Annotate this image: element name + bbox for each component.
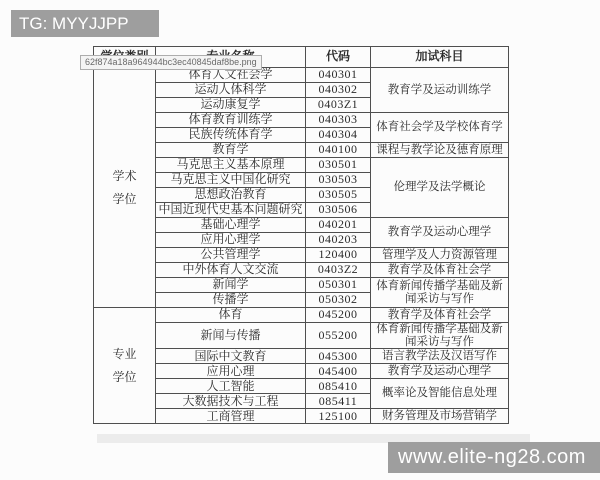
table-row: 人工智能 085410 概率论及智能信息处理 bbox=[94, 379, 509, 394]
subject-cell: 课程与教学论及德育原理 bbox=[371, 143, 509, 158]
subject-cell: 教育学及运动心理学 bbox=[371, 364, 509, 379]
code-cell: 045200 bbox=[306, 308, 371, 323]
major-cell: 运动康复学 bbox=[156, 98, 306, 113]
major-cell: 工商管理 bbox=[156, 409, 306, 424]
subject-cell: 教育学及运动心理学 bbox=[371, 218, 509, 248]
code-cell: 040203 bbox=[306, 233, 371, 248]
table-row: 马克思主义基本原理 030501 伦理学及法学概论 bbox=[94, 158, 509, 173]
table-row: 工商管理 125100 财务管理及市场营销学 bbox=[94, 409, 509, 424]
major-cell: 人工智能 bbox=[156, 379, 306, 394]
major-cell: 运动人体科学 bbox=[156, 83, 306, 98]
major-cell: 思想政治教育 bbox=[156, 188, 306, 203]
table-row: 体育教育训练学 040303 体育社会学及学校体育学 bbox=[94, 113, 509, 128]
major-cell: 民族传统体育学 bbox=[156, 128, 306, 143]
code-cell: 125100 bbox=[306, 409, 371, 424]
category-cell-academic: 学术学位 bbox=[94, 68, 156, 308]
major-cell: 马克思主义基本原理 bbox=[156, 158, 306, 173]
code-cell: 050302 bbox=[306, 293, 371, 308]
table-row: 新闻与传播 055200 体育新闻传播学基础及新闻采访与写作 bbox=[94, 323, 509, 349]
code-cell: 050301 bbox=[306, 278, 371, 293]
code-cell: 040301 bbox=[306, 68, 371, 83]
code-cell: 030503 bbox=[306, 173, 371, 188]
major-cell: 马克思主义中国化研究 bbox=[156, 173, 306, 188]
table-row: 公共管理学 120400 管理学及人力资源管理 bbox=[94, 248, 509, 263]
code-cell: 085411 bbox=[306, 394, 371, 409]
major-cell: 公共管理学 bbox=[156, 248, 306, 263]
table-row: 国际中文教育 045300 语言教学法及汉语写作 bbox=[94, 349, 509, 364]
major-cell: 中外体育人文交流 bbox=[156, 263, 306, 278]
subject-cell: 语言教学法及汉语写作 bbox=[371, 349, 509, 364]
code-cell: 045300 bbox=[306, 349, 371, 364]
major-cell: 大数据技术与工程 bbox=[156, 394, 306, 409]
table-row: 基础心理学 040201 教育学及运动心理学 bbox=[94, 218, 509, 233]
code-cell: 040303 bbox=[306, 113, 371, 128]
code-cell: 030505 bbox=[306, 188, 371, 203]
subject-cell: 教育学及体育社会学 bbox=[371, 263, 509, 278]
major-cell: 应用心理 bbox=[156, 364, 306, 379]
code-cell: 085410 bbox=[306, 379, 371, 394]
code-cell: 040302 bbox=[306, 83, 371, 98]
major-cell: 新闻学 bbox=[156, 278, 306, 293]
website-watermark: www.elite-ng28.com bbox=[388, 442, 600, 473]
table-row: 专业学位 体育 045200 教育学及体育社会学 bbox=[94, 308, 509, 323]
image-filename-text: 62f874a18a964944bc3ec40845daf8be.png bbox=[85, 57, 257, 67]
subject-cell: 体育新闻传播学基础及新闻采访与写作 bbox=[371, 278, 509, 308]
telegram-watermark-label: TG: MYYJJPP bbox=[19, 14, 129, 34]
table-row: 新闻学 050301 体育新闻传播学基础及新闻采访与写作 bbox=[94, 278, 509, 293]
image-filename-tooltip: 62f874a18a964944bc3ec40845daf8be.png bbox=[80, 55, 262, 70]
major-cell: 中国近现代史基本问题研究 bbox=[156, 203, 306, 218]
major-cell: 基础心理学 bbox=[156, 218, 306, 233]
code-cell: 045400 bbox=[306, 364, 371, 379]
website-watermark-label: www.elite-ng28.com bbox=[398, 446, 586, 469]
code-cell: 0403Z2 bbox=[306, 263, 371, 278]
major-cell: 新闻与传播 bbox=[156, 323, 306, 349]
subject-cell: 体育社会学及学校体育学 bbox=[371, 113, 509, 143]
code-cell: 030506 bbox=[306, 203, 371, 218]
subject-cell: 教育学及运动训练学 bbox=[371, 68, 509, 113]
subject-cell: 概率论及智能信息处理 bbox=[371, 379, 509, 409]
code-cell: 0403Z1 bbox=[306, 98, 371, 113]
code-cell: 030501 bbox=[306, 158, 371, 173]
header-code: 代码 bbox=[306, 47, 371, 68]
major-cell: 传播学 bbox=[156, 293, 306, 308]
subject-cell: 伦理学及法学概论 bbox=[371, 158, 509, 218]
subject-cell: 财务管理及市场营销学 bbox=[371, 409, 509, 424]
subject-cell: 管理学及人力资源管理 bbox=[371, 248, 509, 263]
code-cell: 040100 bbox=[306, 143, 371, 158]
major-cell: 国际中文教育 bbox=[156, 349, 306, 364]
code-cell: 040201 bbox=[306, 218, 371, 233]
table-row: 中外体育人文交流 0403Z2 教育学及体育社会学 bbox=[94, 263, 509, 278]
subject-cell: 体育新闻传播学基础及新闻采访与写作 bbox=[371, 323, 509, 349]
code-cell: 120400 bbox=[306, 248, 371, 263]
major-cell: 体育教育训练学 bbox=[156, 113, 306, 128]
header-extra-subject: 加试科目 bbox=[371, 47, 509, 68]
major-cell: 应用心理学 bbox=[156, 233, 306, 248]
telegram-watermark: TG: MYYJJPP bbox=[11, 10, 159, 37]
category-cell-professional: 专业学位 bbox=[94, 308, 156, 424]
table-row: 教育学 040100 课程与教学论及德育原理 bbox=[94, 143, 509, 158]
subject-cell: 教育学及体育社会学 bbox=[371, 308, 509, 323]
major-cell: 教育学 bbox=[156, 143, 306, 158]
category-label: 专业学位 bbox=[113, 343, 137, 389]
major-cell: 体育 bbox=[156, 308, 306, 323]
code-cell: 055200 bbox=[306, 323, 371, 349]
category-label: 学术学位 bbox=[113, 165, 137, 211]
table-row: 应用心理 045400 教育学及运动心理学 bbox=[94, 364, 509, 379]
degree-table: 学位类别 专业名称 代码 加试科目 学术学位 体育人文社会学 040301 教育… bbox=[93, 46, 509, 424]
code-cell: 040304 bbox=[306, 128, 371, 143]
